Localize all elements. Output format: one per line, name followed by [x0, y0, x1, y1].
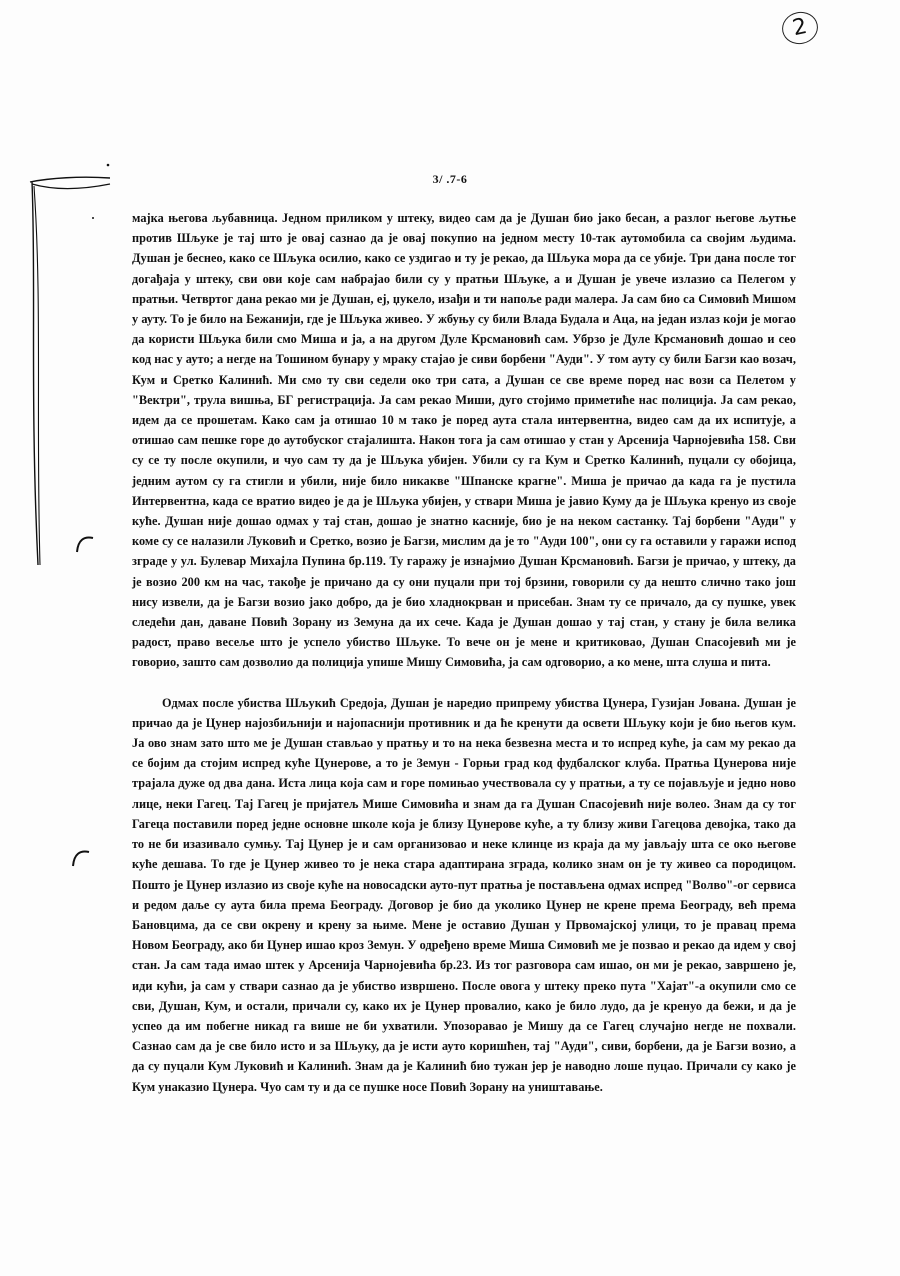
paragraph: мајка његова љубавница. Једном приликом …	[132, 208, 796, 673]
margin-hook-icon	[70, 846, 92, 868]
page-reference: 3/ .7-6	[0, 172, 900, 187]
margin-bracket-icon	[20, 160, 120, 580]
circled-page-number: 2	[779, 9, 821, 48]
document-body: мајка његова љубавница. Једном приликом …	[132, 208, 796, 1097]
margin-hook-icon	[74, 532, 96, 554]
paragraph: Одмах после убиства Шљукић Средоја, Душа…	[132, 693, 796, 1097]
scanned-page: 2 3/ .7-6 мајка његова љубавница. Једном…	[0, 0, 900, 1276]
